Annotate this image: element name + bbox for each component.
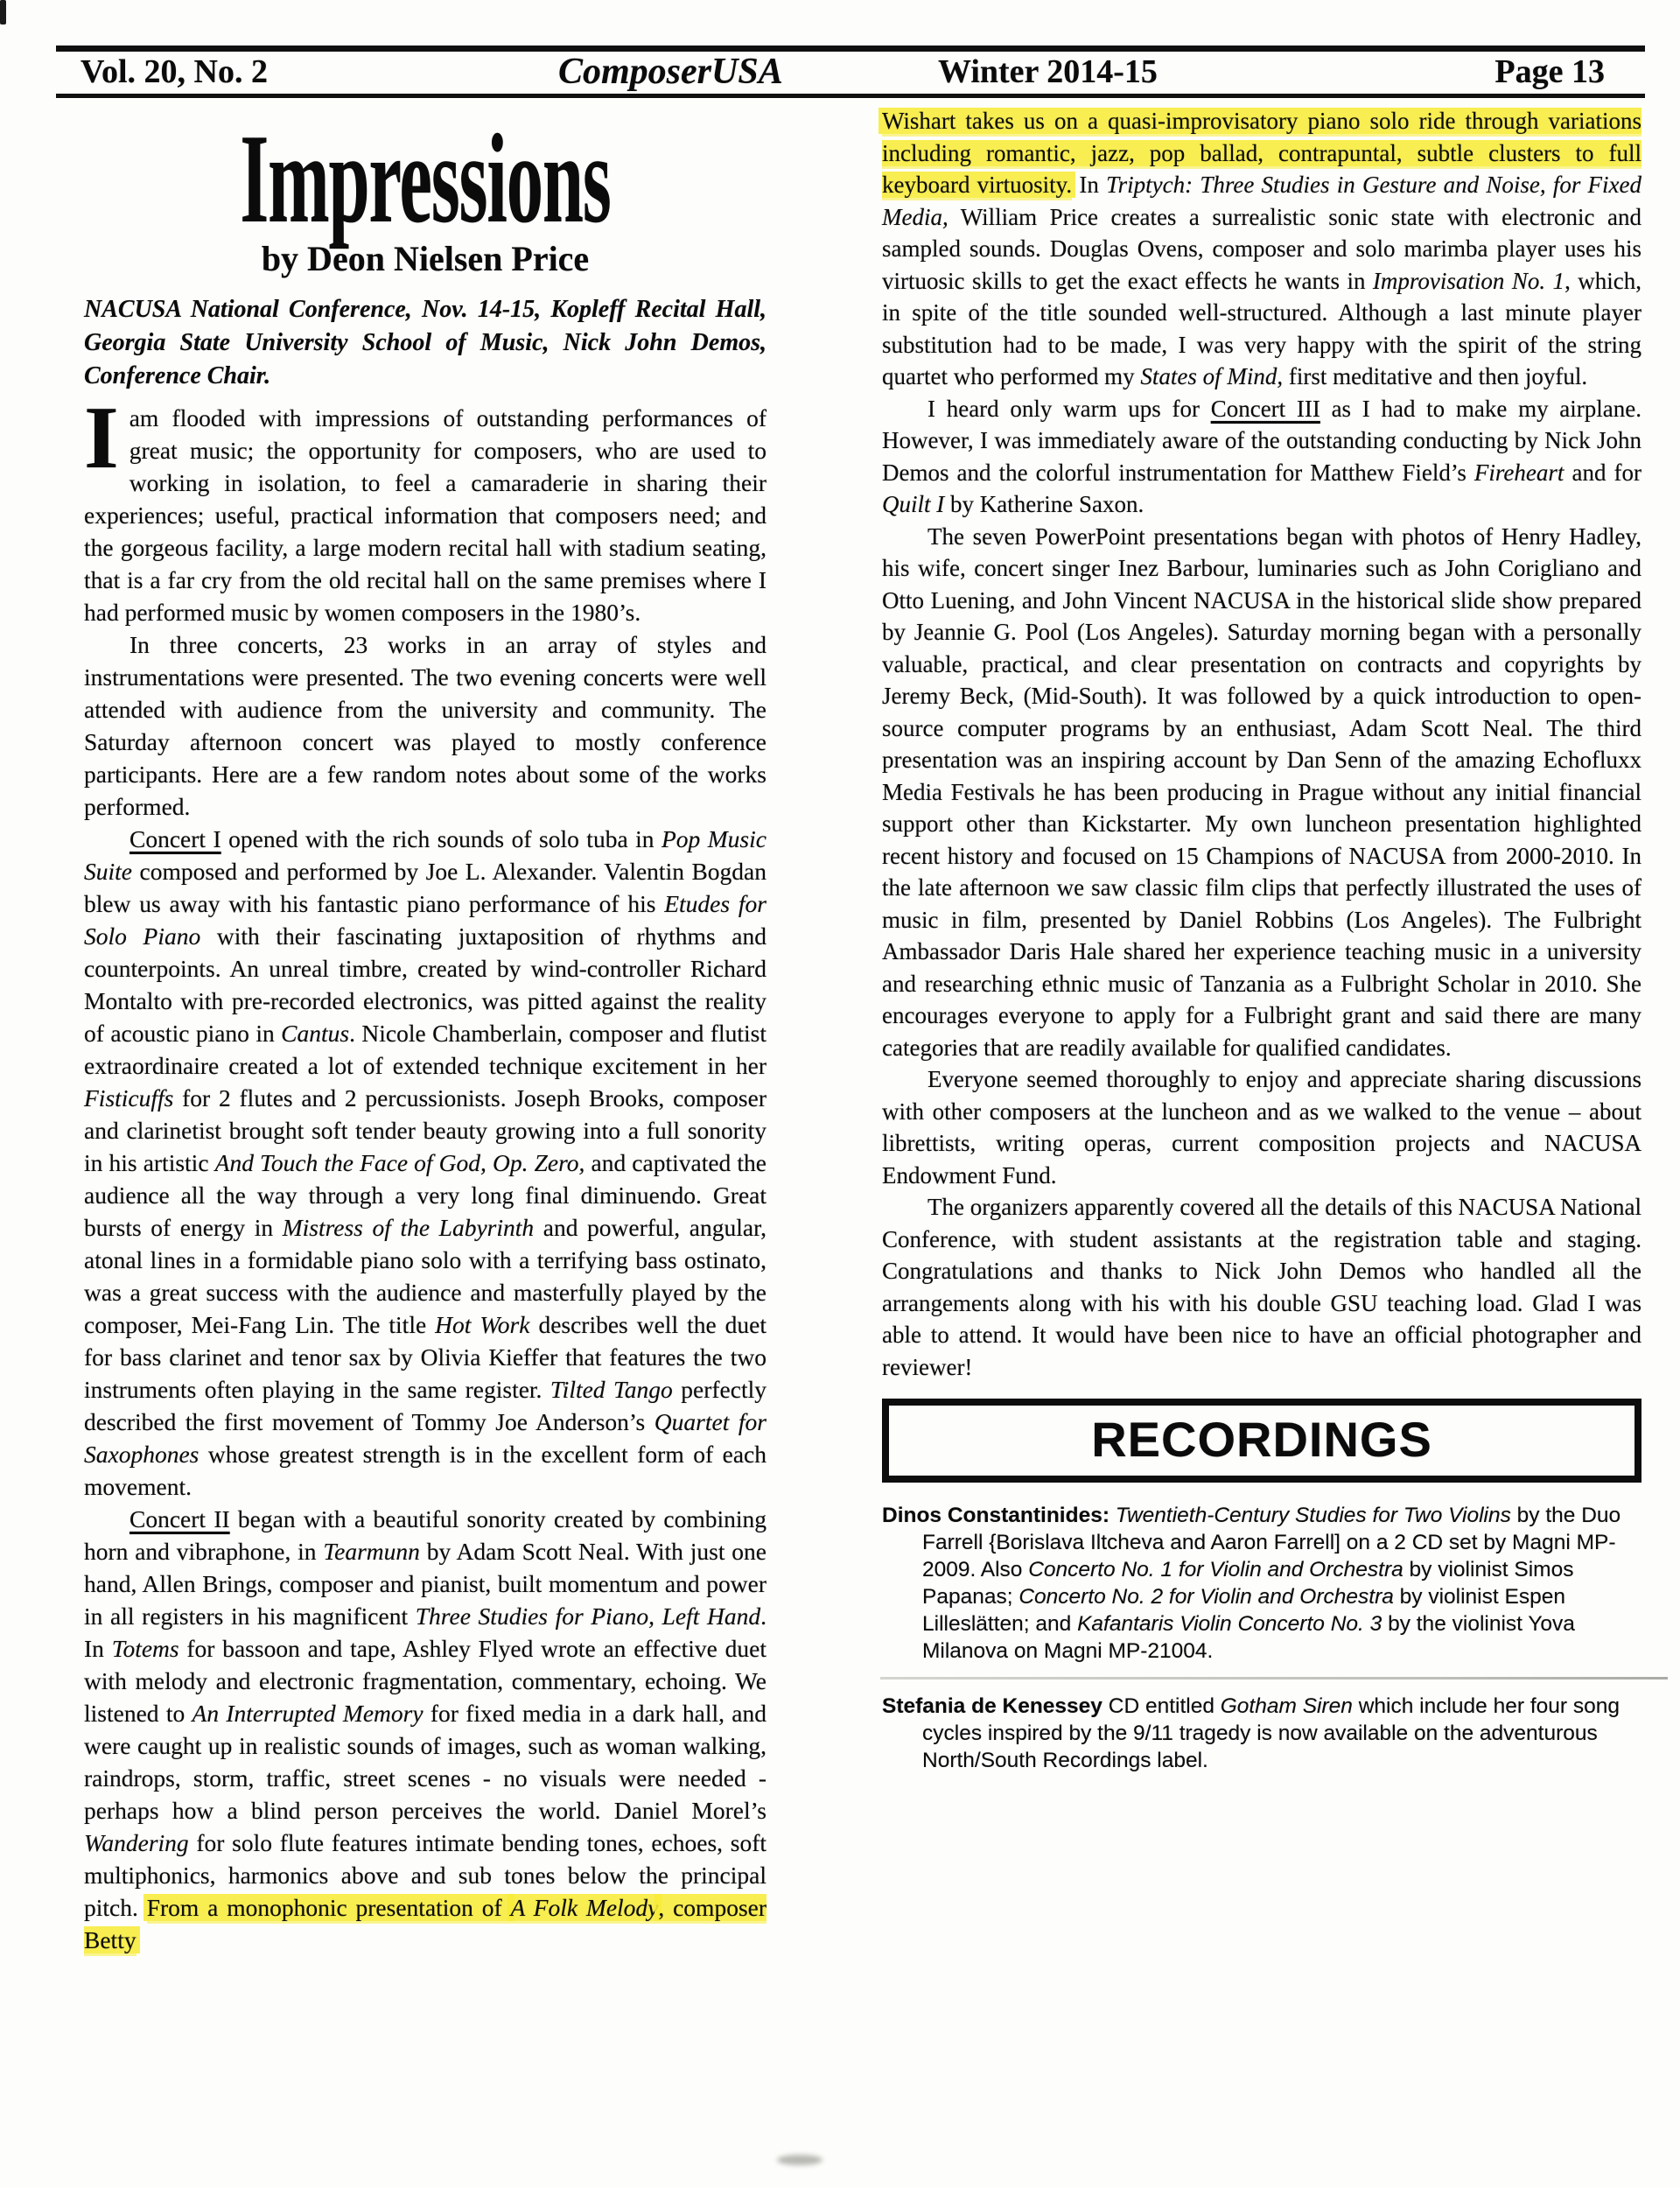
paragraph: I heard only warm ups for Concert III as… [882,393,1641,521]
scan-artifact-mark [0,0,5,21]
text-segment: Wandering [84,1829,189,1856]
recordings-entries: Dinos Constantinides: Twentieth-Century … [882,1502,1641,1774]
paragraph: Iam flooded with impressions of outstand… [84,402,766,628]
highlighted-text: A Folk Melody [511,1894,659,1921]
paragraph: In three concerts, 23 works in an array … [84,628,766,823]
highlighted-text: From a monophonic presentation of [147,1894,511,1921]
article-title: Impressions [227,128,623,229]
text-segment: Mistress of the Labyrinth [283,1214,534,1241]
text-segment: Cantus [281,1020,349,1047]
text-segment: CD entitled [1102,1694,1221,1718]
right-column-paragraphs: Wishart takes us on a quasi-improvisator… [882,105,1641,1383]
text-segment: Everyone seemed thoroughly to enjoy and … [882,1066,1641,1189]
text-segment: Kafantaris Violin Concerto No. 3 [1077,1612,1382,1636]
text-segment: In three concerts, 23 works in an array … [84,631,766,820]
paragraph: Everyone seemed thoroughly to enjoy and … [882,1063,1641,1191]
text-segment: The organizers apparently covered all th… [882,1194,1641,1380]
right-column: Wishart takes us on a quasi-improvisator… [882,105,1641,1774]
text-segment: Totems [112,1635,179,1662]
paragraph: The organizers apparently covered all th… [882,1191,1641,1383]
text-segment: Fisticuffs [84,1084,173,1112]
paragraph: Wishart takes us on a quasi-improvisator… [882,105,1641,393]
text-segment: Improvisation No. 1 [1373,268,1564,294]
drop-cap: I [84,406,119,471]
recordings-entry: Stefania de Kenessey CD entitled Gotham … [882,1693,1641,1774]
text-segment: An Interrupted Memory [192,1700,423,1727]
article-lede: NACUSA National Conference, Nov. 14-15, … [84,293,766,393]
paragraph: The seven PowerPoint presentations began… [882,521,1641,1064]
text-segment: Concert II [129,1505,230,1532]
text-segment: The seven PowerPoint presentations began… [882,523,1641,1061]
text-segment: opened with the rich sounds of solo tuba… [221,825,661,852]
scan-artifact-smudge [777,2155,822,2165]
text-segment: Tearmunn [323,1538,420,1565]
text-segment: Concerto No. 2 for Violin and Orchestra [1018,1585,1394,1609]
left-column-paragraphs: Iam flooded with impressions of outstand… [84,402,766,1956]
text-segment: Dinos Constantinides: [882,1504,1109,1527]
paragraph: Concert I opened with the rich sounds of… [84,823,766,1503]
text-segment: and for [1564,459,1641,486]
text-segment: Hot Work [435,1311,529,1338]
text-segment: Stefania de Kenessey [882,1694,1102,1718]
masthead: ComposerUSA [558,53,783,91]
text-segment: Concert III [1211,396,1320,422]
text-segment: Concerto No. 1 for Violin and Orchestra [1028,1558,1403,1581]
text-segment: first meditative and then joyful. [1283,363,1587,389]
recordings-heading: RECORDINGS [889,1414,1634,1465]
text-segment: And Touch the Face of God, Op. Zero, [215,1149,585,1176]
text-segment: by Katherine Saxon. [944,491,1144,517]
text-segment: Concert I [129,825,221,852]
page-number: Page 13 [1494,53,1605,91]
text-segment: States of Mind, [1140,363,1283,389]
text-segment: am flooded with impressions of outstandi… [84,404,766,626]
left-column: Impressions by Deon Nielsen Price NACUSA… [84,128,766,1956]
text-segment: Three Studies for Piano, Left Hand [416,1602,760,1630]
text-segment: I heard only warm ups for [927,396,1211,422]
text-segment [1109,1504,1116,1527]
header-rule-top [56,46,1645,52]
volume-label: Vol. 20, No. 2 [80,53,268,91]
issue-label: Winter 2014-15 [938,53,1158,91]
text-segment: Quilt I [882,491,944,517]
newsletter-page: Vol. 20, No. 2 ComposerUSA Winter 2014-1… [0,0,1680,2188]
recordings-entry: Dinos Constantinides: Twentieth-Century … [882,1502,1641,1665]
text-segment: Tilted Tango [550,1376,673,1403]
header-rule-bottom [56,94,1645,98]
paragraph: Concert II began with a beautiful sonori… [84,1503,766,1956]
text-segment: Fireheart [1474,459,1564,486]
recordings-box: RECORDINGS [882,1399,1641,1483]
text-segment: Gotham Siren [1221,1694,1353,1718]
text-segment: Twentieth-Century Studies for Two Violin… [1116,1504,1511,1527]
text-segment: In [1072,172,1106,198]
